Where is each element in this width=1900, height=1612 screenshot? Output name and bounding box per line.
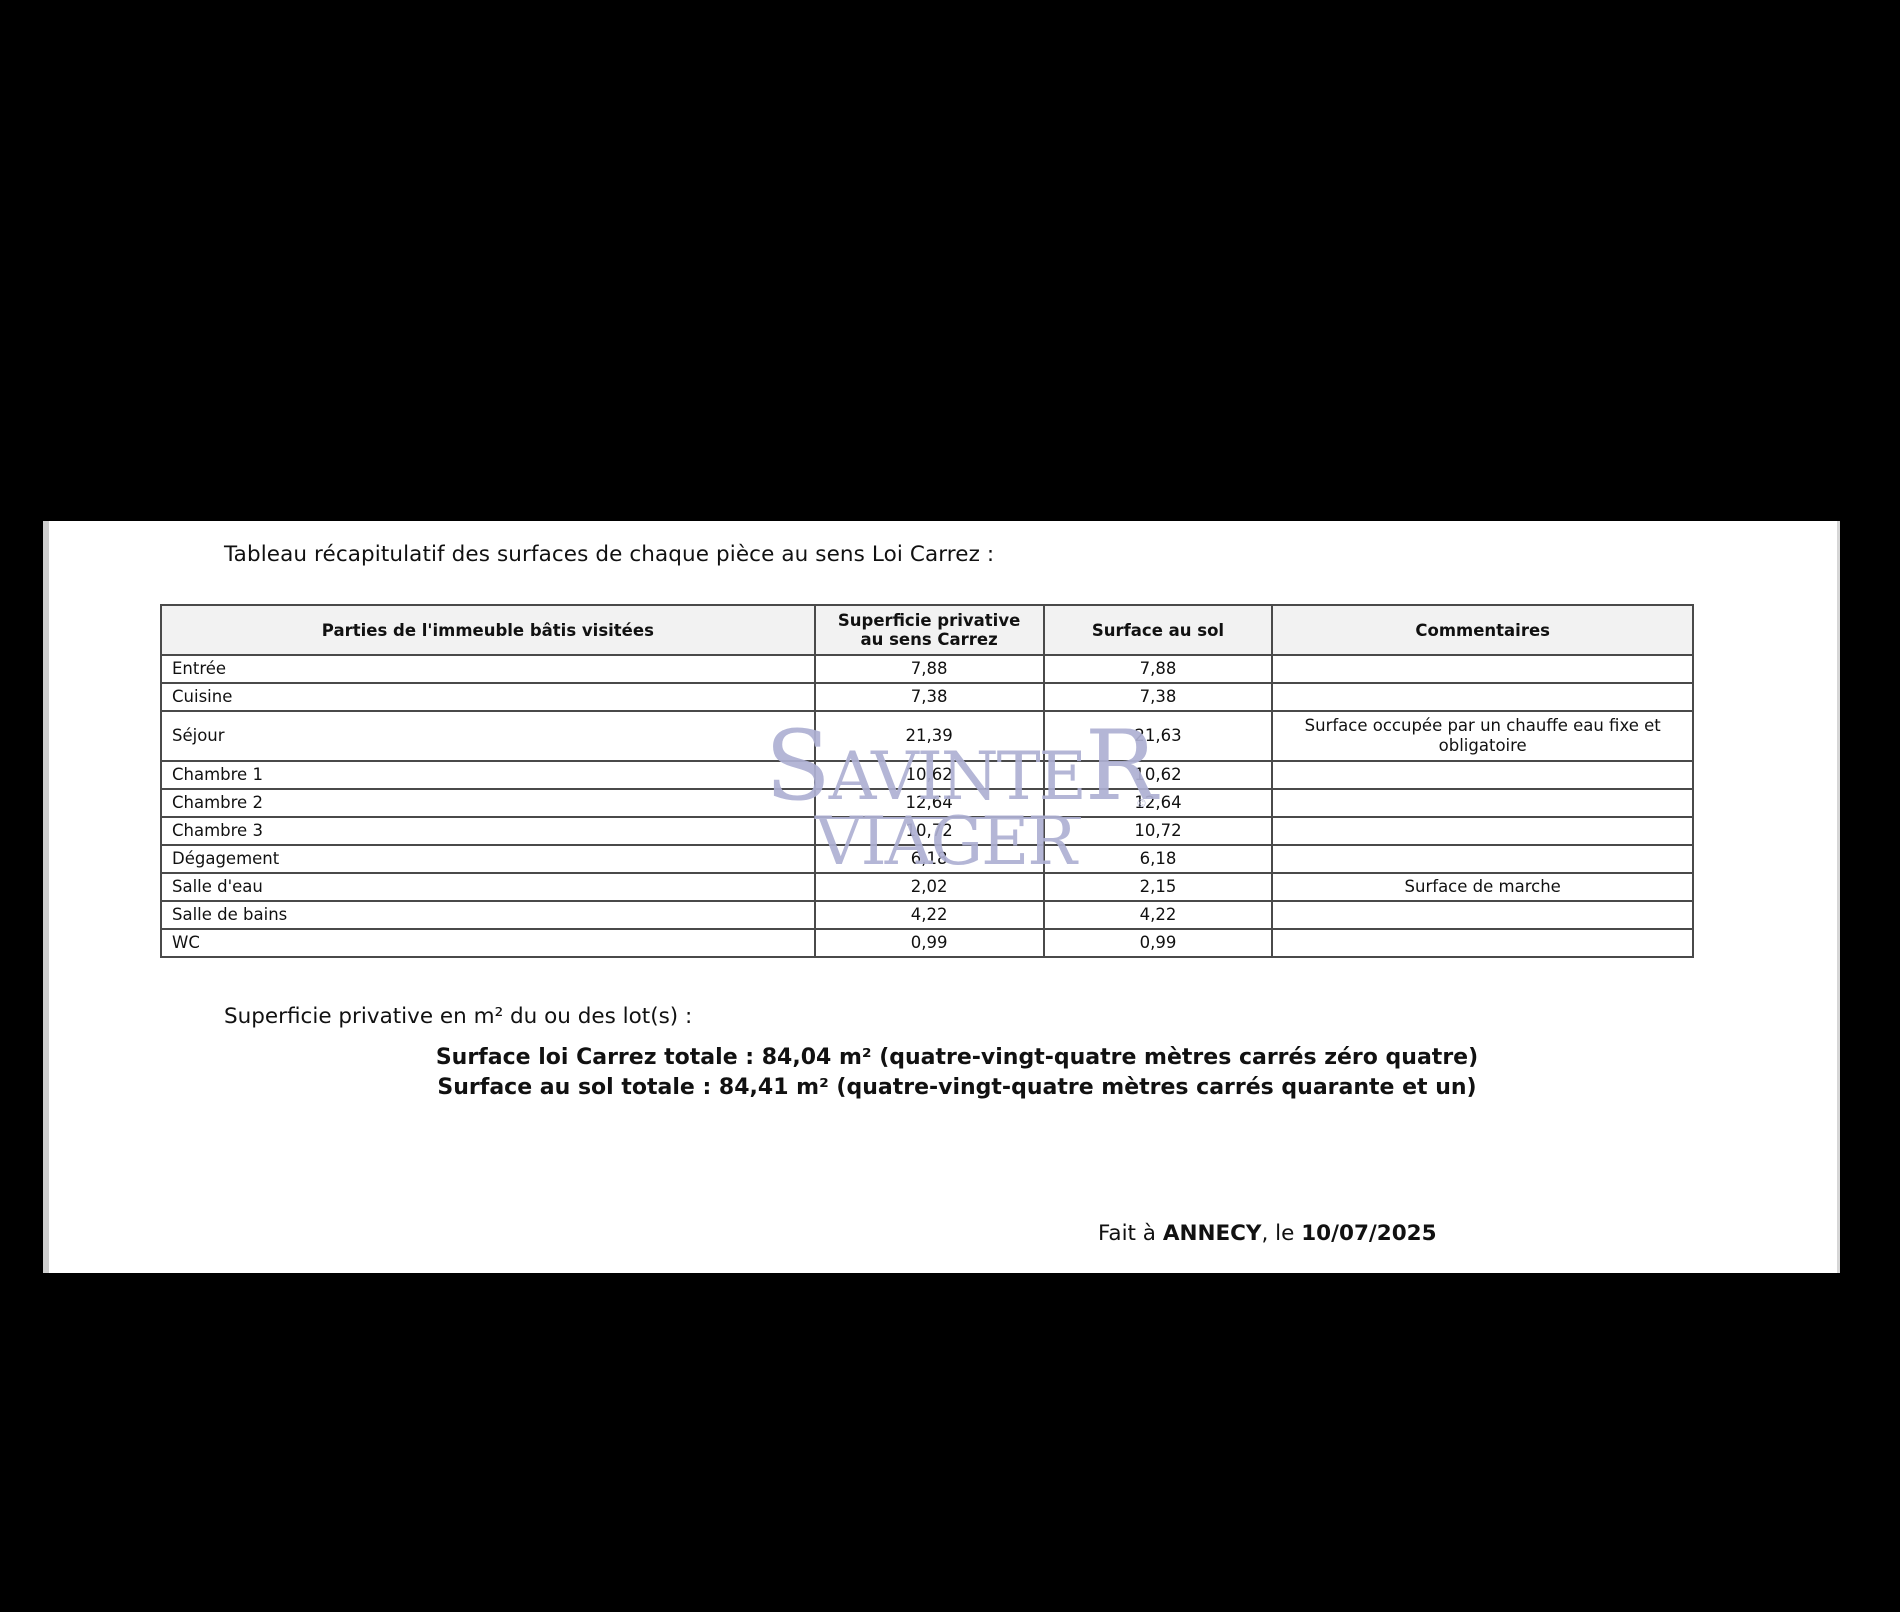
- header-carrez: Superficie privative au sens Carrez: [815, 605, 1044, 655]
- table-row: Séjour 21,39 21,63 Surface occupée par u…: [161, 711, 1693, 761]
- lot-surface-label: Superficie privative en m² du ou des lot…: [224, 1004, 692, 1029]
- document-page: Tableau récapitulatif des surfaces de ch…: [43, 521, 1840, 1273]
- carrez-value: 12,64: [815, 789, 1044, 817]
- table-row: Chambre 2 12,64 12,64: [161, 789, 1693, 817]
- room-name: Chambre 3: [161, 817, 815, 845]
- comment: [1272, 929, 1693, 957]
- comment: [1272, 845, 1693, 873]
- carrez-value: 4,22: [815, 901, 1044, 929]
- table-row: Chambre 3 10,72 10,72: [161, 817, 1693, 845]
- carrez-value: 7,38: [815, 683, 1044, 711]
- room-name: Salle d'eau: [161, 873, 815, 901]
- header-room: Parties de l'immeuble bâtis visitées: [161, 605, 815, 655]
- sol-total: Surface au sol totale : 84,41 m² (quatre…: [37, 1073, 1877, 1103]
- signature-date: 10/07/2025: [1301, 1221, 1436, 1246]
- carrez-value: 10,62: [815, 761, 1044, 789]
- table-row: WC 0,99 0,99: [161, 929, 1693, 957]
- room-name: Chambre 2: [161, 789, 815, 817]
- carrez-value: 0,99: [815, 929, 1044, 957]
- sol-value: 2,15: [1044, 873, 1273, 901]
- sol-value: 10,72: [1044, 817, 1273, 845]
- comment: [1272, 655, 1693, 683]
- signature-city: ANNECY: [1163, 1221, 1262, 1246]
- header-sol: Surface au sol: [1044, 605, 1273, 655]
- table-row: Salle d'eau 2,02 2,15 Surface de marche: [161, 873, 1693, 901]
- sol-value: 7,38: [1044, 683, 1273, 711]
- room-name: Entrée: [161, 655, 815, 683]
- sol-value: 21,63: [1044, 711, 1273, 761]
- signature-line: Fait à ANNECY, le 10/07/2025: [1098, 1221, 1437, 1246]
- sol-value: 7,88: [1044, 655, 1273, 683]
- comment: [1272, 683, 1693, 711]
- room-name: Chambre 1: [161, 761, 815, 789]
- sol-value: 4,22: [1044, 901, 1273, 929]
- room-name: WC: [161, 929, 815, 957]
- header-comment: Commentaires: [1272, 605, 1693, 655]
- carrez-value: 6,18: [815, 845, 1044, 873]
- table-row: Dégagement 6,18 6,18: [161, 845, 1693, 873]
- table-row: Chambre 1 10,62 10,62: [161, 761, 1693, 789]
- comment: [1272, 761, 1693, 789]
- table-row: Cuisine 7,38 7,38: [161, 683, 1693, 711]
- comment: [1272, 817, 1693, 845]
- document-title: Tableau récapitulatif des surfaces de ch…: [224, 542, 994, 567]
- comment: [1272, 901, 1693, 929]
- comment: Surface de marche: [1272, 873, 1693, 901]
- surface-totals: Surface loi Carrez totale : 84,04 m² (qu…: [37, 1043, 1877, 1103]
- sol-value: 6,18: [1044, 845, 1273, 873]
- sol-value: 12,64: [1044, 789, 1273, 817]
- room-name: Salle de bains: [161, 901, 815, 929]
- table-header-row: Parties de l'immeuble bâtis visitées Sup…: [161, 605, 1693, 655]
- comment: [1272, 789, 1693, 817]
- room-name: Cuisine: [161, 683, 815, 711]
- sol-value: 0,99: [1044, 929, 1273, 957]
- room-name: Séjour: [161, 711, 815, 761]
- carrez-value: 10,72: [815, 817, 1044, 845]
- carrez-value: 21,39: [815, 711, 1044, 761]
- carrez-value: 2,02: [815, 873, 1044, 901]
- comment: Surface occupée par un chauffe eau fixe …: [1272, 711, 1693, 761]
- sol-value: 10,62: [1044, 761, 1273, 789]
- table-row: Salle de bains 4,22 4,22: [161, 901, 1693, 929]
- room-name: Dégagement: [161, 845, 815, 873]
- carrez-total: Surface loi Carrez totale : 84,04 m² (qu…: [37, 1043, 1877, 1073]
- carrez-value: 7,88: [815, 655, 1044, 683]
- table-row: Entrée 7,88 7,88: [161, 655, 1693, 683]
- surfaces-table: Parties de l'immeuble bâtis visitées Sup…: [160, 604, 1694, 958]
